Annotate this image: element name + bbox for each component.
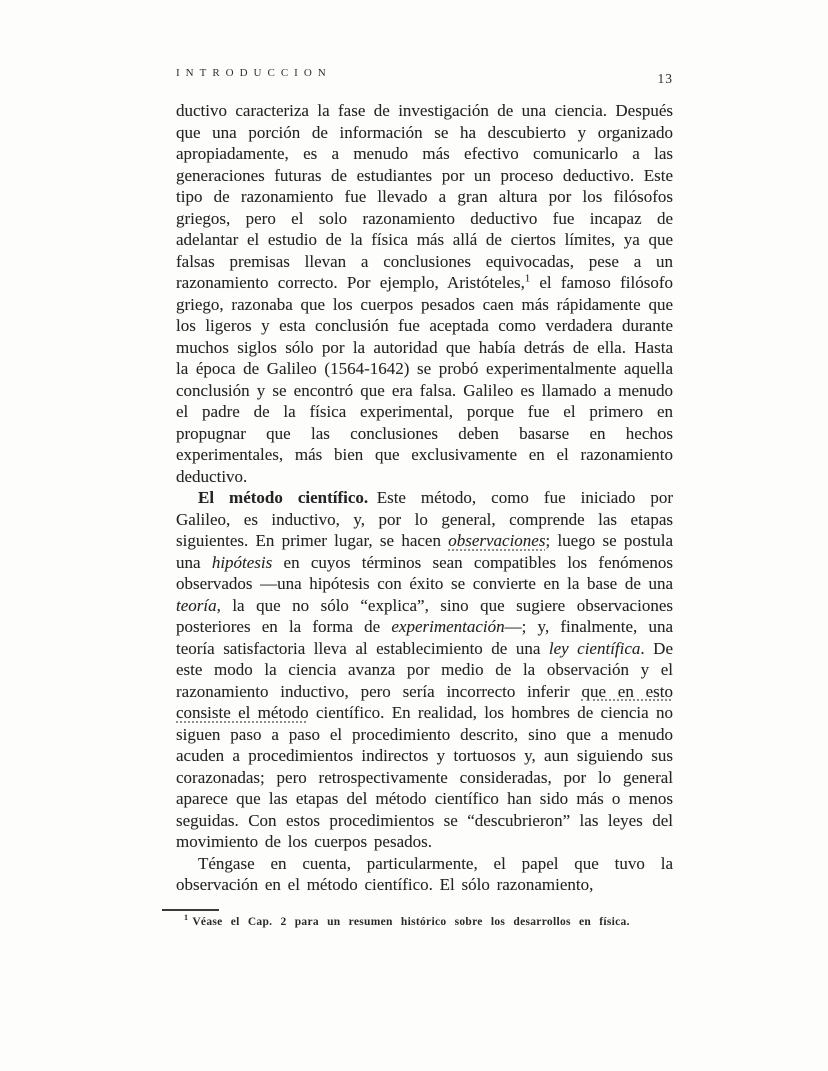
page-header: INTRODUCCION 13	[176, 64, 673, 80]
footnote-text: 1Véase el Cap. 2 para un resumen históri…	[176, 916, 673, 928]
footnote-body: Véase el Cap. 2 para un resumen históric…	[192, 916, 629, 928]
text-segment: teoría	[176, 596, 217, 615]
paragraph: Téngase en cuenta, particularmente, el p…	[176, 853, 673, 896]
paragraph: ductivo caracteriza la fase de investiga…	[176, 100, 673, 487]
text-segment: ley científica	[549, 639, 641, 658]
text-segment: El método científico.	[198, 488, 368, 507]
footnote-marker: 1	[184, 913, 188, 922]
footnote: 1Véase el Cap. 2 para un resumen históri…	[176, 909, 673, 928]
text-segment: observaciones	[448, 531, 545, 550]
paragraph: El método científico. Este método, como …	[176, 487, 673, 853]
footnote-rule	[162, 909, 219, 911]
page-content: INTRODUCCION 13 ductivo caracteriza la f…	[176, 64, 673, 928]
scanned-book-page: INTRODUCCION 13 ductivo caracteriza la f…	[0, 0, 828, 1071]
text-segment: hipótesis	[212, 553, 272, 572]
page-body: ductivo caracteriza la fase de investiga…	[176, 100, 673, 896]
text-segment: experimentación	[391, 617, 504, 636]
text-segment: ductivo caracteriza la fase de investiga…	[176, 101, 673, 292]
text-segment: el famoso filósofo griego, razonaba que …	[176, 273, 673, 486]
text-segment: Téngase en cuenta, particularmente, el p…	[176, 854, 673, 895]
running-title: INTRODUCCION	[176, 67, 332, 79]
text-segment: científico. En realidad, los hombres de …	[176, 703, 673, 851]
page-number: 13	[658, 71, 674, 87]
